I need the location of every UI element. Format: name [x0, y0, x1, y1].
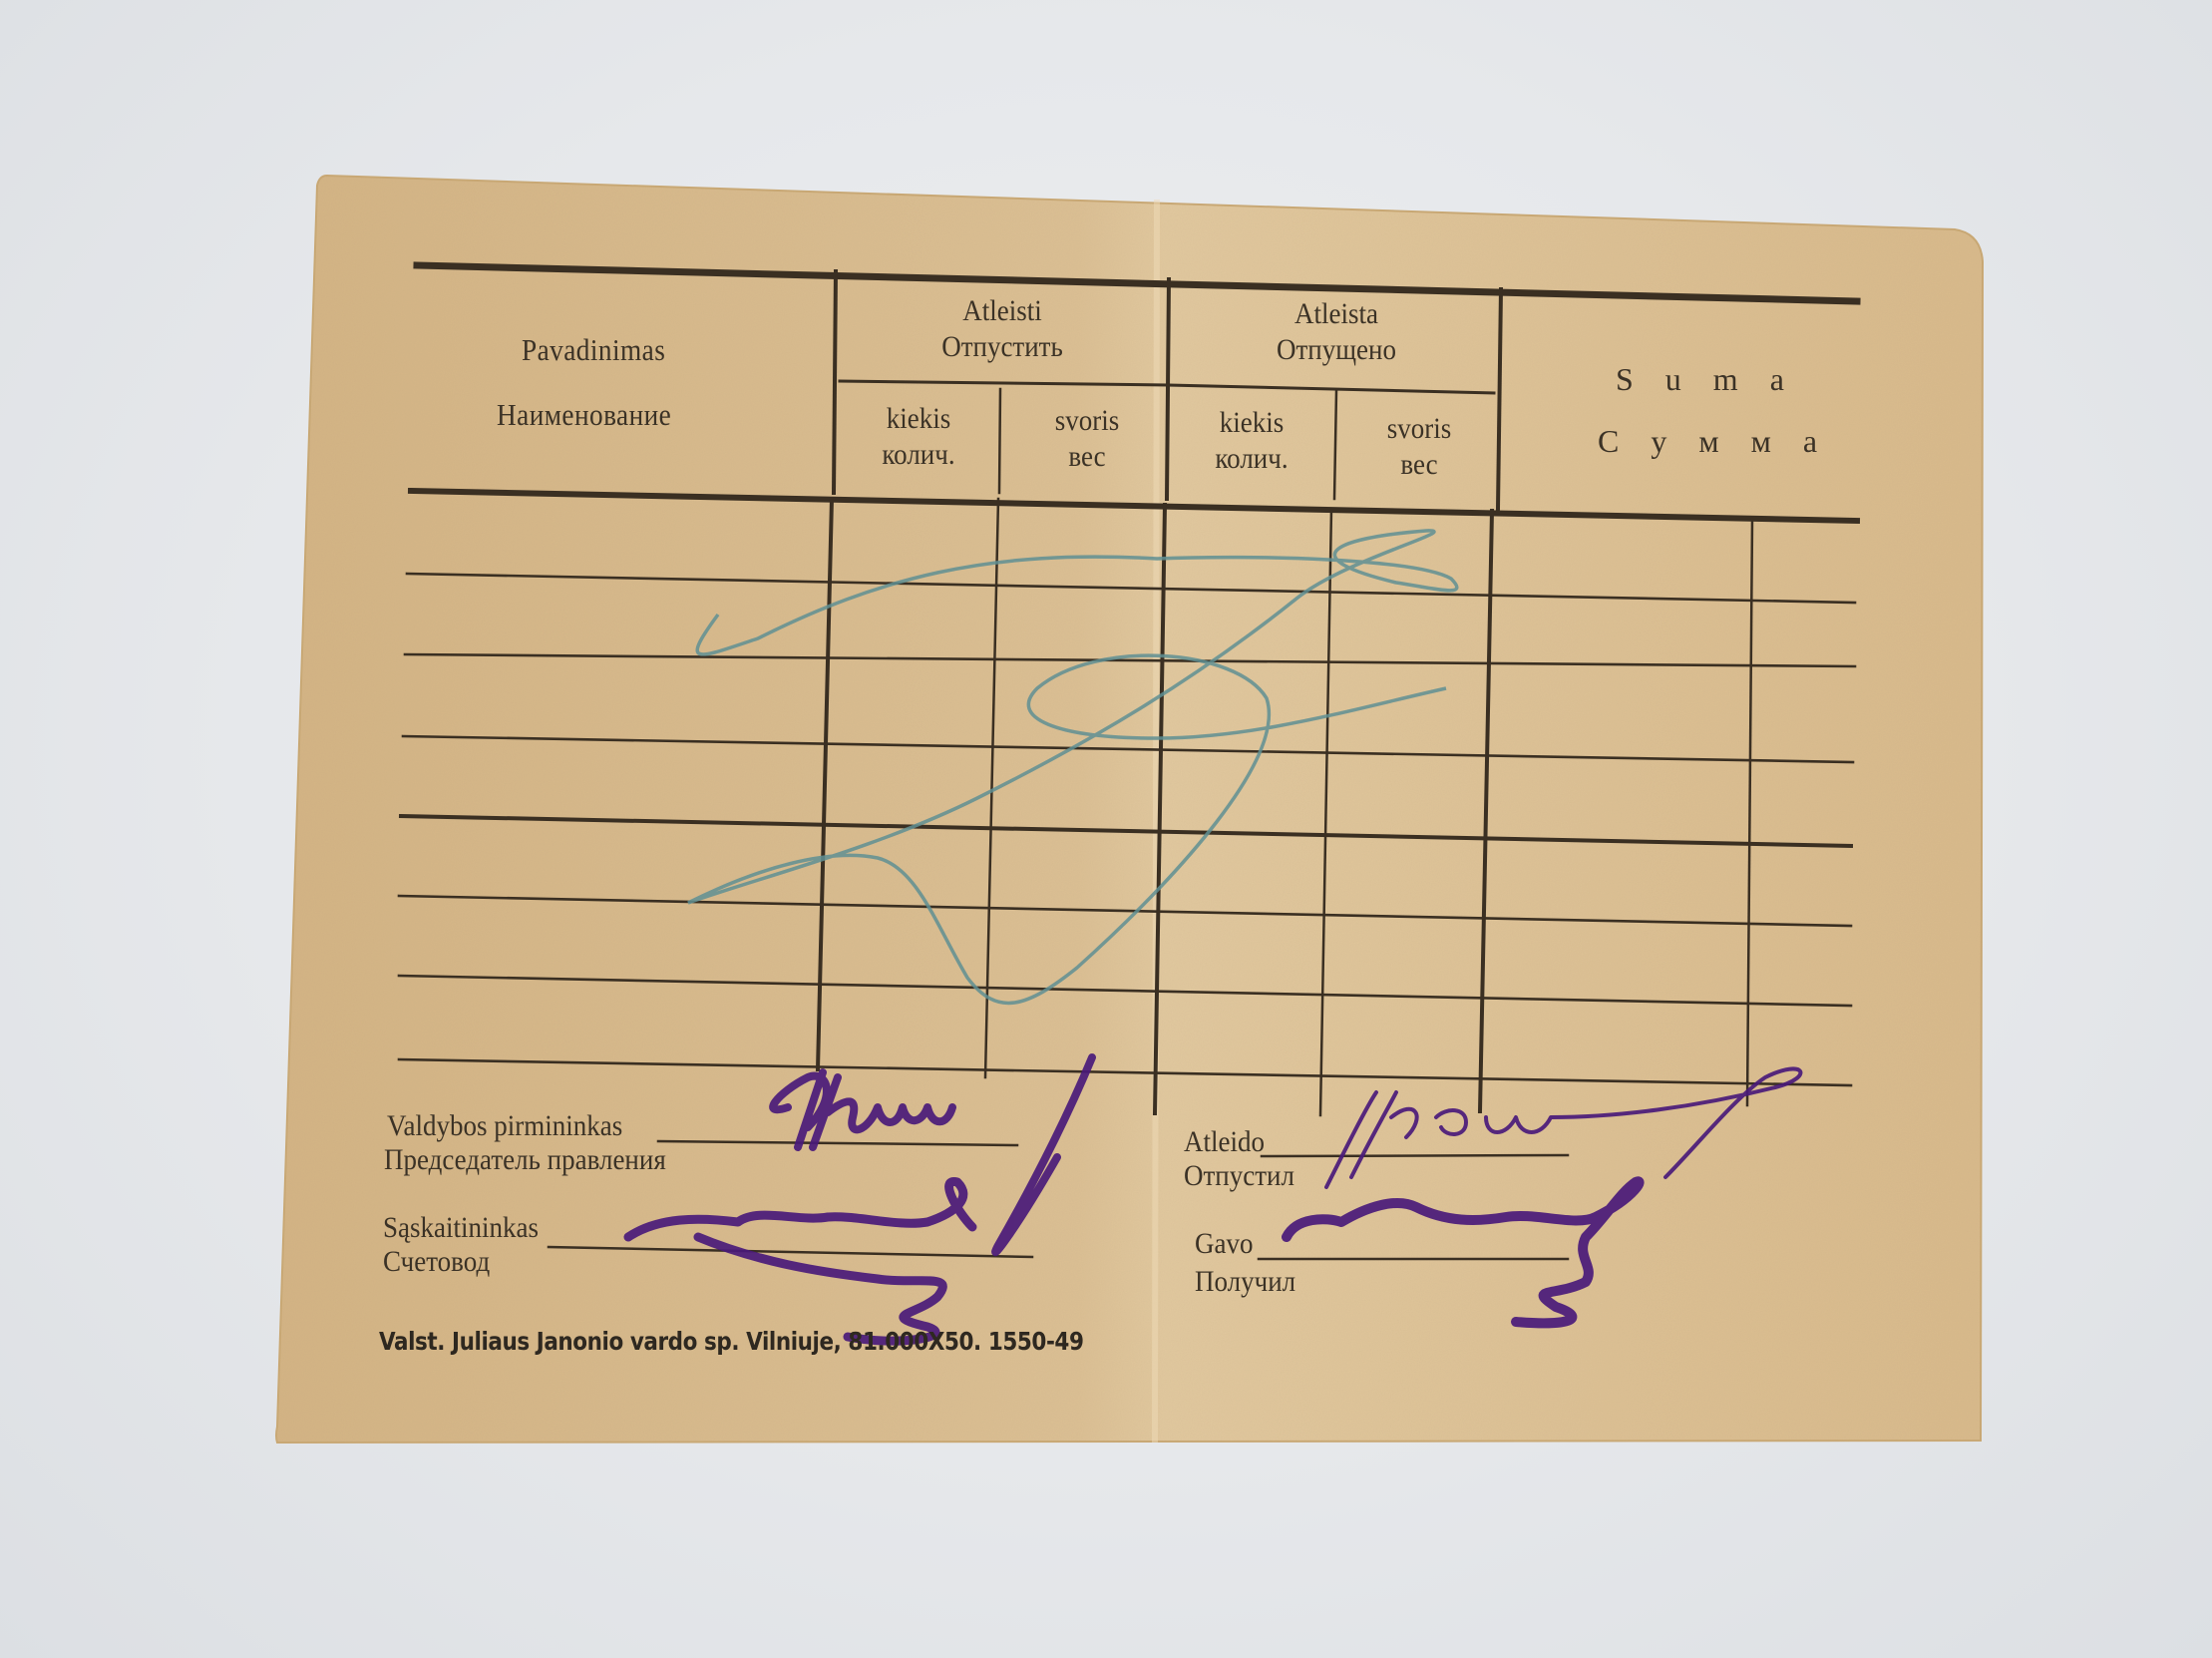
- subheader-quantity-2-lt: kiekis: [1194, 405, 1310, 441]
- column-header-sum-ru: С у м м а: [1598, 423, 1829, 460]
- release-form-document: Pavadinimas Наименование Atleisti Отпуст…: [0, 0, 2212, 1658]
- subheader-weight-2-ru: вес: [1361, 447, 1478, 483]
- label-released-by-ru: Отпустил: [1184, 1159, 1294, 1192]
- column-header-released-ru: Отпущено: [1225, 332, 1449, 368]
- label-released-by-lt: Atleido: [1184, 1125, 1265, 1158]
- label-accountant-lt: Sąskaitininkas: [383, 1211, 539, 1244]
- subheader-quantity-2-ru: колич.: [1194, 441, 1310, 477]
- label-chairman-lt: Valdybos pirmininkas: [387, 1109, 622, 1142]
- subheader-weight-lt: svoris: [1029, 403, 1146, 439]
- printer-imprint: Valst. Juliaus Janonio vardo sp. Vilniuj…: [379, 1327, 1084, 1356]
- label-received-by-lt: Gavo: [1195, 1227, 1253, 1260]
- column-header-name-lt: Pavadinimas: [522, 332, 665, 368]
- form-grid: [0, 0, 2212, 1658]
- label-chairman-ru: Председатель правления: [384, 1143, 666, 1176]
- subheader-quantity-lt: kiekis: [861, 401, 977, 437]
- column-header-release-ru: Отпустить: [891, 329, 1115, 365]
- label-accountant-ru: Счетовод: [383, 1245, 490, 1278]
- column-header-release-lt: Atleisti: [891, 293, 1115, 329]
- column-header-released-lt: Atleista: [1225, 296, 1449, 332]
- subheader-weight-2-lt: svoris: [1361, 411, 1478, 447]
- column-header-sum-lt: S u m a: [1616, 361, 1796, 398]
- subheader-weight-ru: вес: [1029, 439, 1146, 475]
- label-received-by-ru: Получил: [1195, 1265, 1295, 1298]
- column-header-name-ru: Наименование: [497, 397, 671, 433]
- subheader-quantity-ru: колич.: [861, 437, 977, 473]
